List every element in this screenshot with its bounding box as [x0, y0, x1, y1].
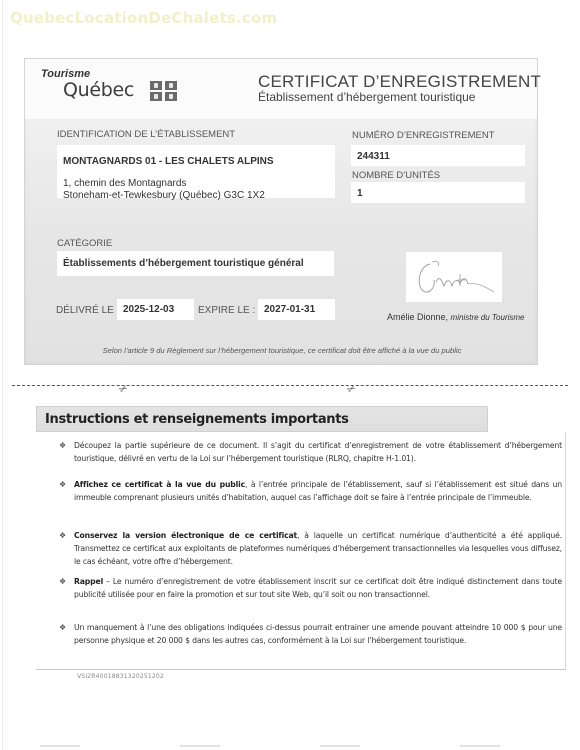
units-box: 1: [351, 182, 525, 203]
identification-label: IDENTIFICATION DE L’ÉTABLISSEMENT: [57, 129, 235, 140]
instruction-item: ❖ Conservez la version électronique de c…: [74, 530, 562, 568]
instruction-item: ❖ Découpez la partie supérieure de ce do…: [74, 440, 562, 466]
instruction-item-emphasis: Affichez ce certificat à la vue du publi…: [74, 480, 245, 489]
instruction-item-text: Un manquement à l’une des obligations in…: [74, 623, 562, 645]
units-label: NOMBRE D’UNITÉS: [352, 170, 440, 181]
expiry-date-value: 2027-01-31: [264, 304, 329, 315]
address-line-2: Stoneham-et-Tewkesbury (Québec) G3C 1X2: [63, 190, 329, 202]
establishment-name: MONTAGNARDS 01 - LES CHALETS ALPINS: [63, 156, 329, 167]
units-value: 1: [357, 188, 519, 199]
diamond-bullet-icon: ❖: [59, 440, 66, 453]
instruction-item-emphasis: Conservez la version électronique de ce …: [74, 531, 297, 540]
diamond-bullet-icon: ❖: [59, 576, 66, 589]
certificate: Tourisme Québec CERTIFICAT D’ENREGISTREM…: [24, 58, 538, 365]
diamond-bullet-icon: ❖: [59, 530, 66, 543]
instruction-item-text: – Le numéro d’enregistrement de votre ét…: [74, 577, 562, 599]
expiry-date-label: EXPIRE LE :: [198, 305, 255, 316]
instruction-item-emphasis: Rappel: [74, 577, 103, 586]
expiry-date-box: 2027-01-31: [258, 299, 335, 320]
instructions-header: Instructions et renseignements important…: [36, 406, 488, 432]
signature-icon: [406, 252, 502, 302]
reference-code: VSI2R40018831320251202: [77, 673, 164, 680]
category-value: Établissements d’hébergement touristique…: [63, 258, 328, 269]
page-edge: [2, 0, 3, 750]
instructions-body: ❖ Découpez la partie supérieure de ce do…: [36, 432, 566, 670]
registration-number-box: 244311: [351, 145, 525, 166]
registration-number-label: NUMÉRO D’ENREGISTREMENT: [352, 130, 495, 141]
issued-date-box: 2025-12-03: [117, 299, 194, 320]
certificate-subtitle: Établissement d’hébergement touristique: [258, 90, 475, 104]
certificate-title: CERTIFICAT D’ENREGISTREMENT: [258, 72, 541, 92]
instructions-heading: Instructions et renseignements important…: [45, 412, 349, 427]
establishment-address: 1, chemin des Montagnards Stoneham-et-Te…: [63, 178, 329, 202]
logo-quebec-text: Québec: [63, 79, 134, 101]
signatory: Amélie Dionne, ministre du Tourisme: [387, 312, 525, 322]
scan-artifact: [0, 745, 580, 747]
signatory-title: ministre du Tourisme: [451, 313, 525, 322]
category-box: Établissements d’hébergement touristique…: [57, 251, 334, 276]
instruction-item-text: Découpez la partie supérieure de ce docu…: [74, 441, 562, 463]
signatory-name: Amélie Dionne: [387, 312, 446, 322]
diamond-bullet-icon: ❖: [59, 479, 66, 492]
legal-display-note: Selon l’article 9 du Règlement sur l’héb…: [25, 346, 539, 355]
signature-image: [406, 252, 502, 302]
watermark: QuebecLocationDeChalets.com: [10, 9, 277, 27]
address-line-1: 1, chemin des Montagnards: [63, 178, 329, 190]
issued-date-label: DÉLIVRÉ LE :: [56, 305, 119, 316]
category-label: CATÉGORIE: [57, 238, 112, 249]
instruction-item: ❖ Affichez ce certificat à la vue du pub…: [74, 479, 562, 505]
diamond-bullet-icon: ❖: [59, 622, 66, 635]
registration-number-value: 244311: [357, 151, 519, 162]
tourisme-quebec-logo: Tourisme Québec: [41, 68, 90, 80]
issued-date-value: 2025-12-03: [123, 304, 188, 315]
cut-line: [12, 385, 568, 386]
fleur-de-lis-flag-icon: [150, 81, 177, 101]
identification-box: MONTAGNARDS 01 - LES CHALETS ALPINS 1, c…: [57, 145, 335, 198]
instruction-item: ❖ Rappel – Le numéro d’enregistrement de…: [74, 576, 562, 602]
instruction-item: ❖ Un manquement à l’une des obligations …: [74, 622, 562, 648]
